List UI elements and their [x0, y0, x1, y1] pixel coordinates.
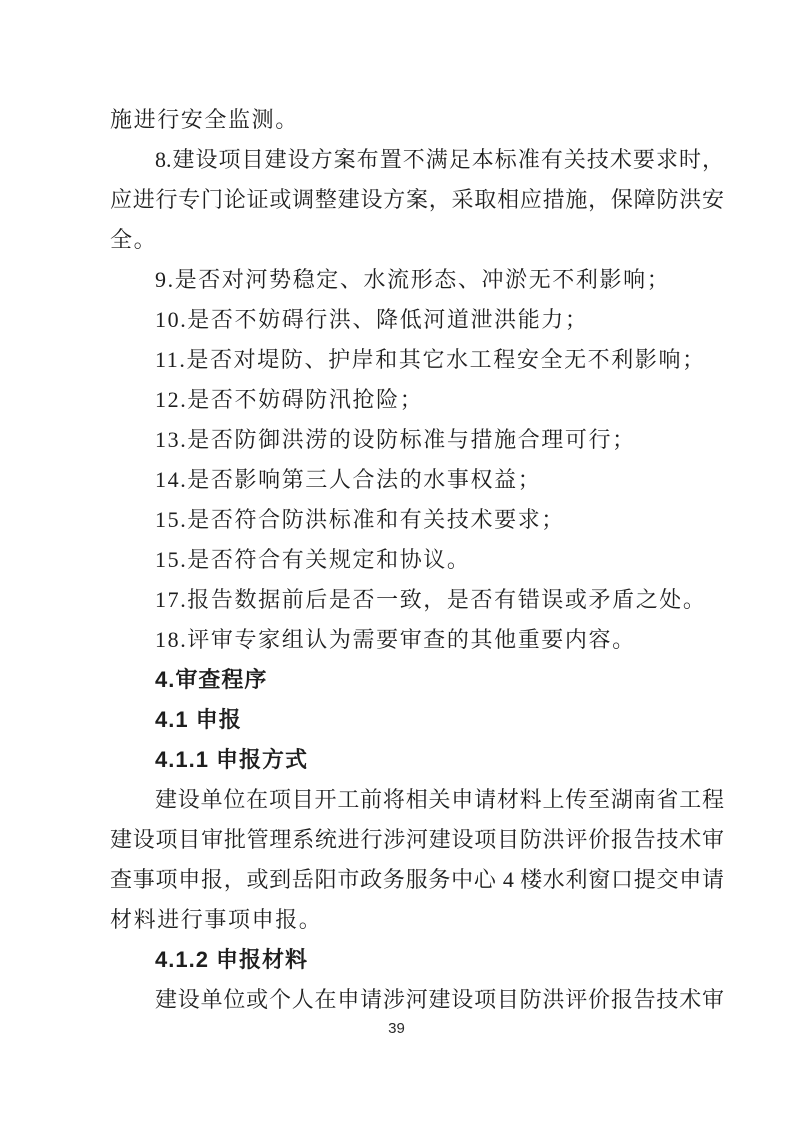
doc-line: 应进行专门论证或调整建设方案，采取相应措施，保障防洪安 [110, 180, 724, 220]
doc-list-item: 13.是否防御洪涝的设防标准与措施合理可行； [110, 420, 724, 460]
doc-line: 建设项目审批管理系统进行涉河建设项目防洪评价报告技术审 [110, 820, 724, 860]
doc-line: 建设单位或个人在申请涉河建设项目防洪评价报告技术审 [110, 980, 724, 1020]
doc-list-item: 10.是否不妨碍行洪、降低河道泄洪能力； [110, 300, 724, 340]
doc-list-item: 15.是否符合有关规定和协议。 [110, 540, 724, 580]
doc-list-item: 11.是否对堤防、护岸和其它水工程安全无不利影响； [110, 340, 724, 380]
doc-list-item: 18.评审专家组认为需要审查的其他重要内容。 [110, 620, 724, 660]
doc-line: 施进行安全监测。 [110, 100, 724, 140]
doc-list-item: 12.是否不妨碍防汛抢险； [110, 380, 724, 420]
doc-line: 建设单位在项目开工前将相关申请材料上传至湖南省工程 [110, 780, 724, 820]
doc-list-item: 14.是否影响第三人合法的水事权益； [110, 460, 724, 500]
section-heading: 4.1.2 申报材料 [110, 940, 724, 980]
section-heading: 4.审查程序 [110, 660, 724, 700]
doc-line: 材料进行事项申报。 [110, 900, 724, 940]
doc-line: 全。 [110, 220, 724, 260]
doc-line: 8.建设项目建设方案布置不满足本标准有关技术要求时， [110, 140, 724, 180]
doc-list-item: 15.是否符合防洪标准和有关技术要求； [110, 500, 724, 540]
section-heading: 4.1 申报 [110, 700, 724, 740]
doc-list-item: 17.报告数据前后是否一致，是否有错误或矛盾之处。 [110, 580, 724, 620]
page-body: 施进行安全监测。 8.建设项目建设方案布置不满足本标准有关技术要求时， 应进行专… [110, 100, 724, 1020]
document-page: 施进行安全监测。 8.建设项目建设方案布置不满足本标准有关技术要求时， 应进行专… [0, 0, 793, 1122]
page-number: 39 [0, 1020, 793, 1037]
doc-list-item: 9.是否对河势稳定、水流形态、冲淤无不利影响； [110, 260, 724, 300]
doc-line: 查事项申报，或到岳阳市政务服务中心 4 楼水利窗口提交申请 [110, 860, 724, 900]
section-heading: 4.1.1 申报方式 [110, 740, 724, 780]
